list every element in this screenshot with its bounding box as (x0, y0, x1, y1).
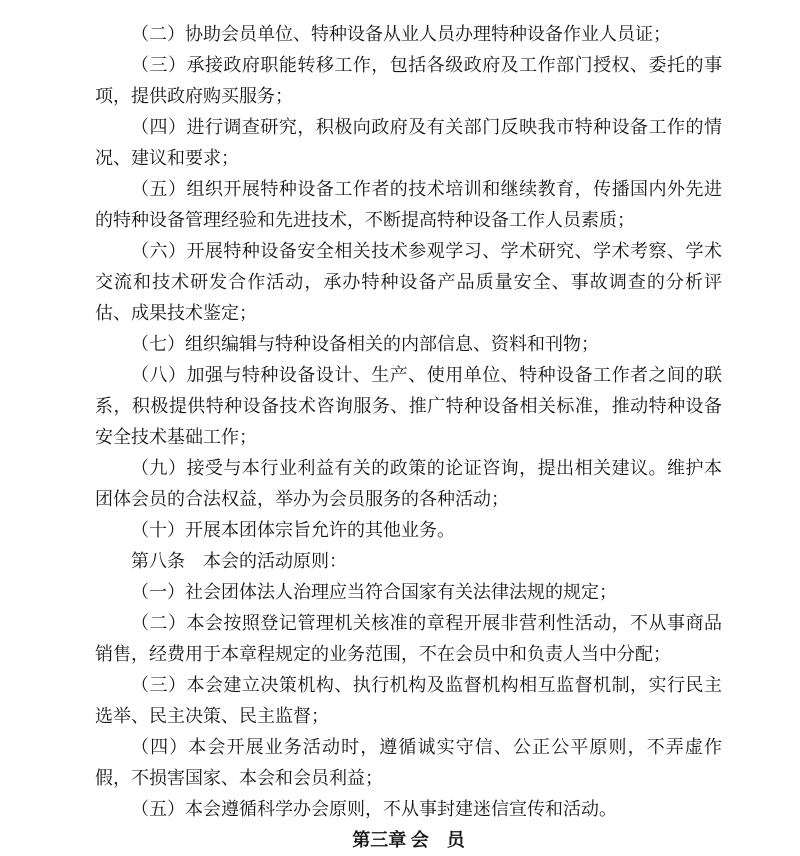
principle-item-2: （二）本会按照登记管理机关核准的章程开展非营利性活动，不从事商品销售，经费用于本… (95, 608, 722, 670)
clause-item-9: （九）接受与本行业利益有关的政策的论证咨询，提出相关建议。维护本团体会员的合法权… (95, 453, 722, 515)
principle-item-1: （一）社会团体法人治理应当符合国家有关法律法规的规定； (95, 577, 722, 608)
principle-item-3: （三）本会建立决策机构、执行机构及监督机构相互监督机制，实行民主选举、民主决策、… (95, 670, 722, 732)
article-8-heading: 第八条 本会的活动原则： (95, 546, 722, 577)
clause-item-8: （八）加强与特种设备设计、生产、使用单位、特种设备工作者之间的联系，积极提供特种… (95, 360, 722, 453)
clause-item-10: （十）开展本团体宗旨允许的其他业务。 (95, 515, 722, 546)
clause-item-2: （二）协助会员单位、特种设备从业人员办理特种设备作业人员证； (95, 19, 722, 50)
chapter-3-heading: 第三章 会 员 (95, 825, 722, 856)
clause-item-6: （六）开展特种设备安全相关技术参观学习、学术研究、学术考察、学术交流和技术研发合… (95, 236, 722, 329)
principle-item-4: （四）本会开展业务活动时，遵循诚实守信、公正公平原则，不弄虚作假，不损害国家、本… (95, 732, 722, 794)
document-page: （二）协助会员单位、特种设备从业人员办理特种设备作业人员证； （三）承接政府职能… (0, 0, 800, 856)
clause-item-7: （七）组织编辑与特种设备相关的内部信息、资料和刊物； (95, 329, 722, 360)
clause-item-5: （五）组织开展特种设备工作者的技术培训和继续教育，传播国内外先进的特种设备管理经… (95, 174, 722, 236)
principle-item-5: （五）本会遵循科学办会原则，不从事封建迷信宣传和活动。 (95, 794, 722, 825)
clause-item-3: （三）承接政府职能转移工作，包括各级政府及工作部门授权、委托的事项，提供政府购买… (95, 50, 722, 112)
clause-item-4: （四）进行调查研究，积极向政府及有关部门反映我市特种设备工作的情况、建议和要求； (95, 112, 722, 174)
